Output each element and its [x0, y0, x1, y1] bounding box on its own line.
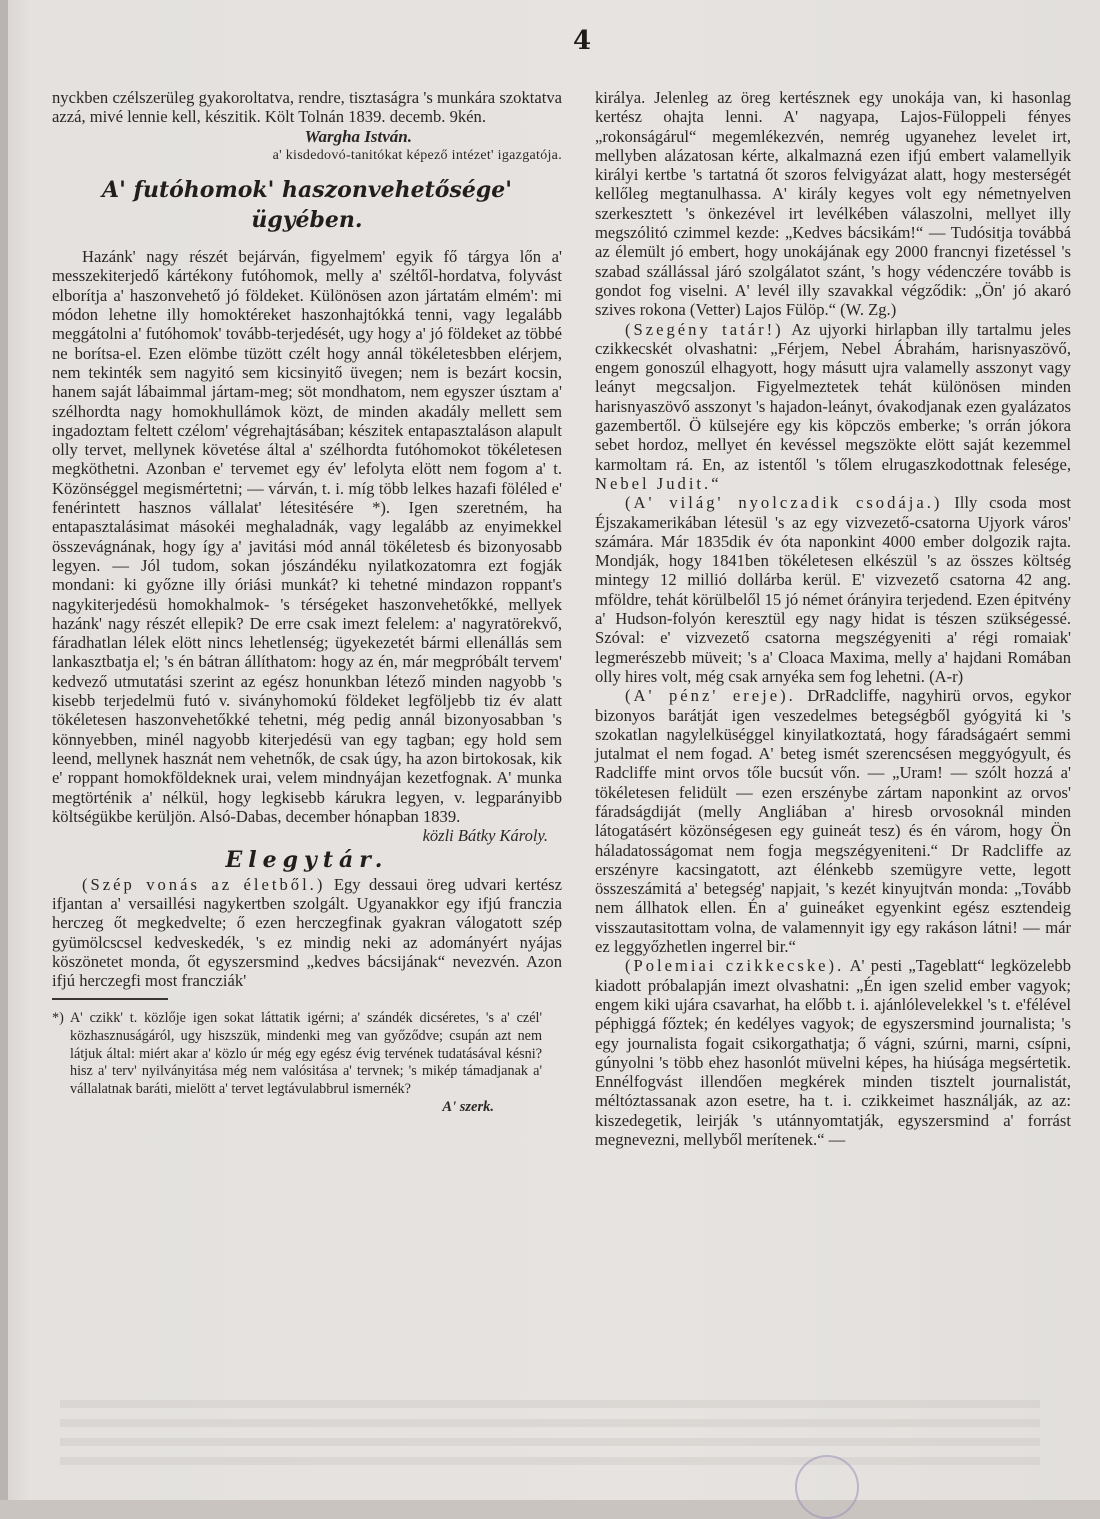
signature-name: Wargha István. [52, 127, 562, 146]
news-item-body: Illy csoda most Éjszakamerikában létesül… [595, 493, 1071, 686]
news-item: (A' világ' nyolczadik csodája.) Illy cso… [595, 493, 1071, 686]
footnote-signature: A' szerk. [52, 1098, 562, 1117]
footnote-body: A' czikk' t. közlője igen sokat láttatik… [70, 1010, 542, 1096]
left-column: nyckben czélszerüleg gyakoroltatva, rend… [52, 88, 562, 1118]
news-item-continuation: királya. Jelenleg az öreg kertésznek egy… [595, 88, 1071, 320]
news-item-heading: (Polemiai czikkecske). [625, 956, 844, 975]
previous-article-continuation: nyckben czélszerüleg gyakoroltatva, rend… [52, 88, 562, 127]
article-title-line-2: ügyében. [52, 205, 562, 235]
footnote: *) A' czikk' t. közlője igen sokat látta… [52, 1010, 562, 1098]
article-title-line-1: A' futóhomok' haszonvehetősége' [52, 175, 562, 205]
news-item: (Szép vonás az életből.) Egy dessaui öre… [52, 875, 562, 991]
news-item: (Polemiai czikkecske). A' pesti „Tagebla… [595, 956, 1071, 1149]
right-column: királya. Jelenleg az öreg kertésznek egy… [595, 88, 1071, 1149]
article-title: A' futóhomok' haszonvehetősége' ügyében. [52, 175, 562, 235]
page-edge [0, 0, 8, 1500]
footnote-mark: *) [52, 1010, 64, 1026]
news-item-body: A' pesti „Tageblatt“ legközelebb kiadott… [595, 956, 1071, 1149]
news-item: (A' pénz' ereje). DrRadcliffe, nagyhirü … [595, 686, 1071, 956]
news-item-body: DrRadcliffe, nagyhirü orvos, egykor bizo… [595, 686, 1071, 956]
section-title: Elegytár. [52, 851, 562, 870]
news-item: (Szegény tatár!) Az ujyorki hirlapban il… [595, 320, 1071, 494]
bleed-through-text [60, 1400, 1040, 1470]
news-item-heading: (A' pénz' ereje). [625, 686, 796, 705]
news-item-heading: (Szép vonás az életből.) [82, 875, 325, 894]
news-item-heading: (Szegény tatár!) [625, 320, 784, 339]
newspaper-page: 4 nyckben czélszerüleg gyakoroltatva, re… [0, 0, 1100, 1500]
news-item-body: Az ujyorki hirlapban illy tartalmu jeles… [595, 320, 1071, 474]
footnote-divider [52, 998, 168, 1000]
article-byline: közli Bátky Károly. [52, 826, 562, 845]
article-body: Hazánk' nagy részét bejárván, figyelmem'… [52, 247, 562, 826]
signature-title: a' kisdedovó-tanitókat képező intézet' i… [52, 146, 562, 165]
page-number: 4 [573, 26, 591, 56]
news-item-signature: Nebel Judit.“ [595, 474, 722, 493]
news-item-heading: (A' világ' nyolczadik csodája.) [625, 493, 942, 512]
